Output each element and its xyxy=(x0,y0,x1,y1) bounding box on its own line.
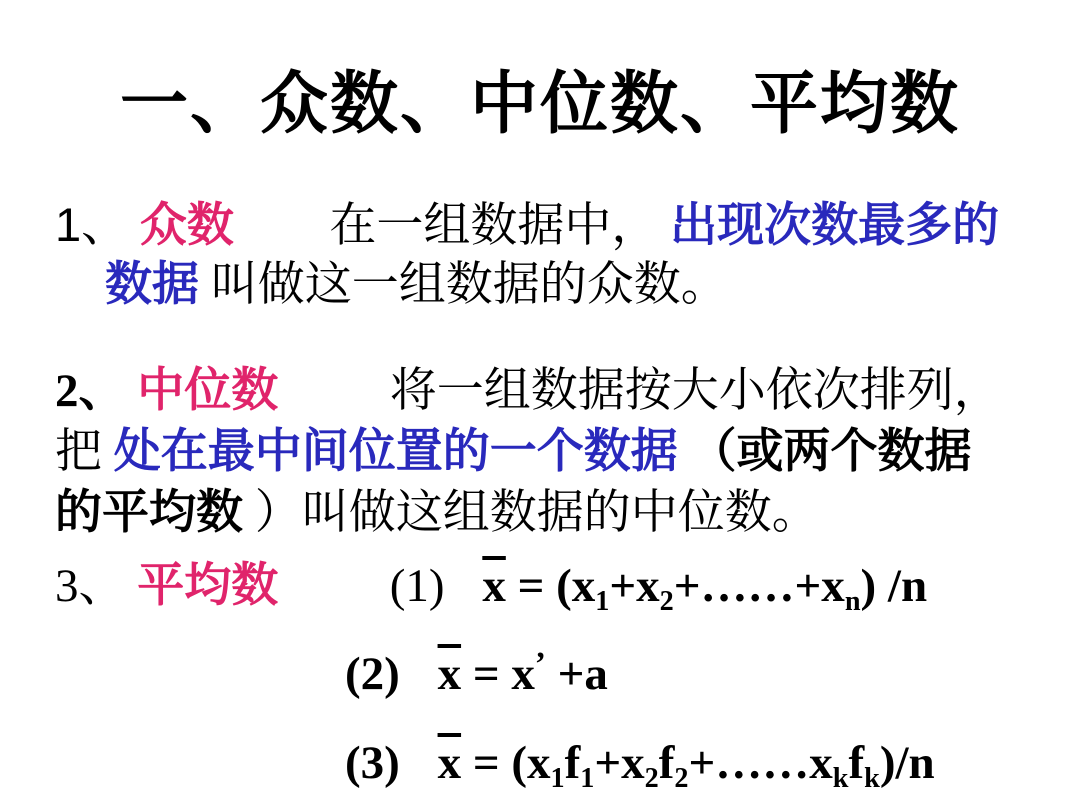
formula-2-body: = x xyxy=(461,648,535,700)
mode-term: 众数 xyxy=(140,198,234,251)
formula-3-body: f xyxy=(565,737,581,789)
formula-1-body: +x xyxy=(609,560,659,612)
formula-1-label: (1) xyxy=(390,560,445,612)
median-term: 中位数 xyxy=(137,363,278,416)
median-line-3: 的平均数 ）叫做这组数据的中位数。 xyxy=(55,482,1001,543)
median-line-1: 2、 中位数 将一组数据按大小依次排列， xyxy=(55,360,1001,421)
section-mode: 1、 众数 在一组数据中， 出现次数最多的 数据 叫做这一组数据的众数。 xyxy=(55,196,999,314)
mode-text-2: 叫做这一组数据的众数。 xyxy=(211,259,728,311)
x-bar: x xyxy=(438,648,462,700)
subscript: 2 xyxy=(674,763,688,794)
formula-3-body: +……x xyxy=(688,737,832,789)
formula-3-body: f xyxy=(848,737,864,789)
formula-2-label: (2) xyxy=(345,648,400,700)
mode-line-2: 数据 叫做这一组数据的众数。 xyxy=(105,255,999,314)
subscript: 1 xyxy=(551,763,565,794)
section-mean: 3、 平均数 (1) x = (x1+x2+……+xn) /n xyxy=(55,556,927,615)
formula-1-body: +……+x xyxy=(674,560,845,612)
formula-1: (1) x = (x1+x2+……+xn) /n xyxy=(390,560,927,612)
x-bar: x xyxy=(438,737,462,789)
subscript: 1 xyxy=(580,763,594,794)
subscript: k xyxy=(864,763,880,794)
mode-highlight-1: 出现次数最多的 xyxy=(670,198,999,251)
section-median: 2、 中位数 将一组数据按大小依次排列， 把 处在最中间位置的一个数据 （或两个… xyxy=(55,360,1001,543)
subscript: 1 xyxy=(595,586,609,617)
formula-3-body: f xyxy=(659,737,675,789)
page-title: 一、众数、中位数、平均数 xyxy=(0,50,1080,147)
mode-number: 1、 xyxy=(55,198,128,251)
subscript: k xyxy=(833,763,849,794)
mode-highlight-2: 数据 xyxy=(105,257,199,310)
formula-3-label: (3) xyxy=(345,737,400,789)
median-text-1: 将一组数据按大小依次排列， xyxy=(390,365,1001,417)
formula-1-body: = (x xyxy=(506,560,595,612)
x-bar: x xyxy=(482,560,506,612)
median-bold-1: （或两个数据 xyxy=(690,424,972,477)
formula-3-body: )/n xyxy=(880,737,935,789)
formula-3-body: +x xyxy=(594,737,644,789)
median-bold-2: 的平均数 xyxy=(55,485,243,538)
subscript: n xyxy=(845,586,861,617)
median-number: 2、 xyxy=(55,365,126,417)
formula-3: (3) x = (x1f1+x2f2+……xkfk)/n xyxy=(345,736,935,790)
prime-mark: ’ xyxy=(535,646,546,682)
mode-text-1: 在一组数据中， xyxy=(329,200,658,252)
formula-3-body: = (x xyxy=(461,737,550,789)
formula-1-body: ) /n xyxy=(861,560,928,612)
subscript: 2 xyxy=(645,763,659,794)
mean-number: 3、 xyxy=(55,560,126,612)
formula-2: (2) x = x’ +a xyxy=(345,646,608,701)
median-line-2: 把 处在最中间位置的一个数据 （或两个数据 xyxy=(55,421,1001,482)
median-text-3: ）叫做这组数据的中位数。 xyxy=(255,487,819,539)
subscript: 2 xyxy=(660,586,674,617)
slide: 一、众数、中位数、平均数 1、 众数 在一组数据中， 出现次数最多的 数据 叫做… xyxy=(0,0,1080,810)
mode-line-1: 1、 众数 在一组数据中， 出现次数最多的 xyxy=(55,196,999,255)
formula-2-body: +a xyxy=(546,648,608,700)
median-prefix: 把 xyxy=(55,426,102,478)
median-highlight: 处在最中间位置的一个数据 xyxy=(114,424,678,477)
mean-term: 平均数 xyxy=(137,558,278,611)
